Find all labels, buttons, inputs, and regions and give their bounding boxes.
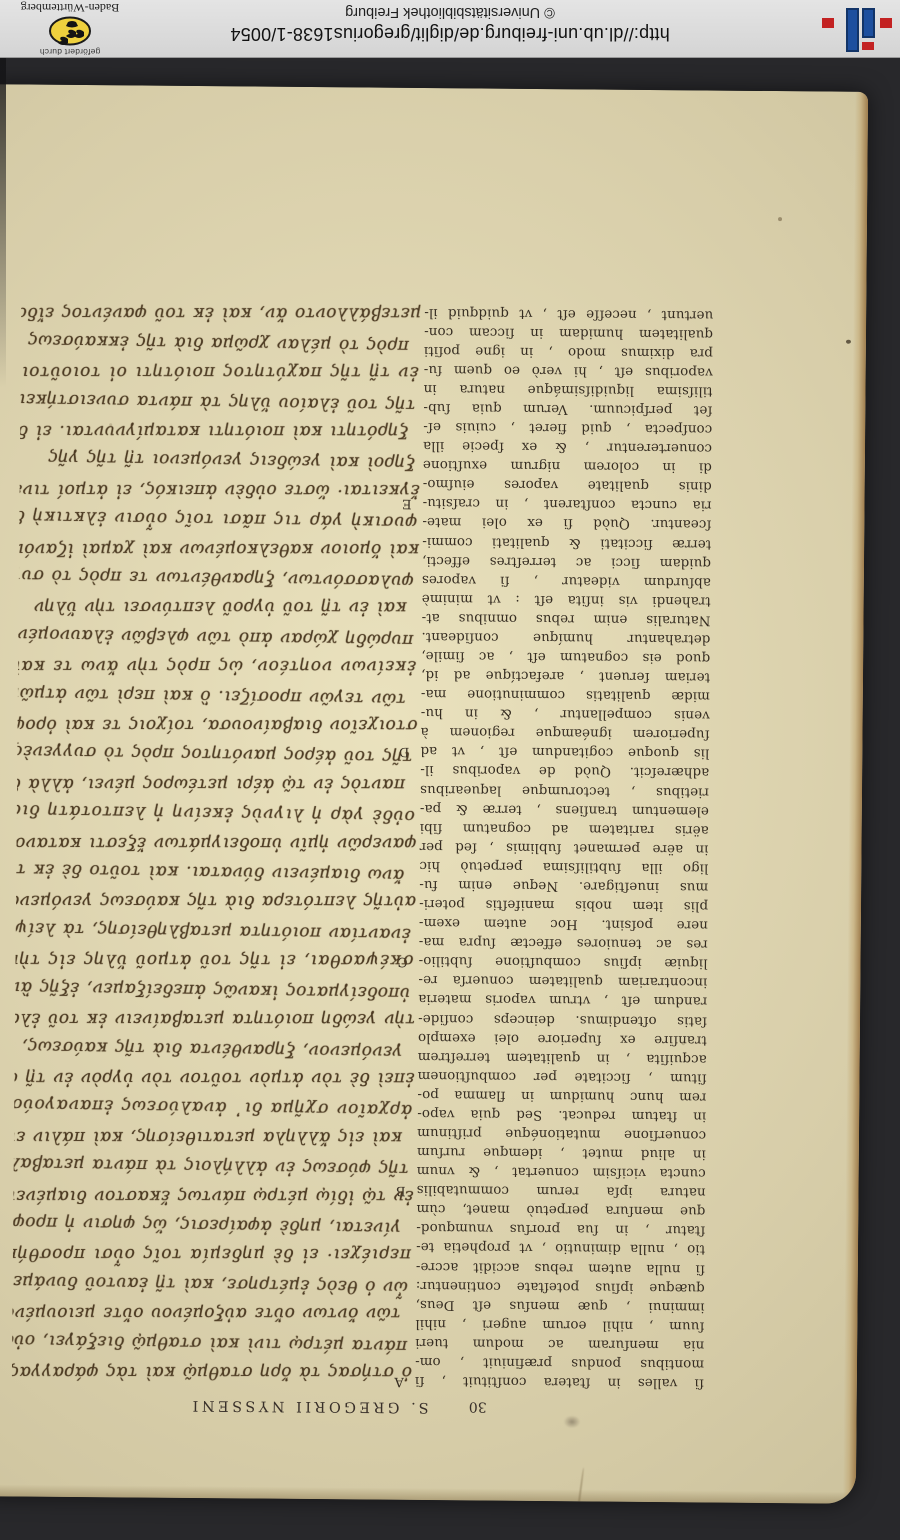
page-content-rotated: 30 S. GREGORII NYSSENI ſi valles in ſtat…: [0, 84, 868, 1504]
logo-blue-bar-short: [862, 8, 875, 38]
latin-text-line: teriam ſeruent , arefactíque ad id,: [421, 665, 710, 687]
greek-manuscript-line: ὧν ὁ θεὸς ἐμέτρησε, καὶ τῇ ἑαυτοῦ δυνάμε…: [13, 1266, 413, 1301]
latin-text-line: trahendi vis inſita eſt : vt minimè: [422, 589, 711, 611]
latin-text-line: lis quoque cogitandum eſt , vt ad: [420, 741, 709, 763]
latin-text-line: midæ qualitatis comminutione ma-: [421, 684, 710, 706]
greek-manuscript-line: ὑποδείγματος ἱκανῶς ἀπεδείξαμεν, ἑξῆς ἂν…: [15, 972, 415, 1007]
greek-manuscript-line: τῶν ὄντων οὔτε αὐξομένου οὔτε μειουμένου…: [12, 1298, 412, 1328]
latin-text-line: Naturalis enim rebus omnibus at-: [421, 608, 710, 630]
greek-manuscript-line: φυλασσόντων, ξηρανθέντων τε πρὸς τὸ συγγ…: [19, 560, 419, 595]
foxing-speck: [778, 217, 782, 221]
latin-text-line: tranſire ex ſuperiore olei exemplo: [418, 1027, 707, 1049]
greek-manuscript-line: ξηροὶ καὶ γεώδεις γενόμενοι τῇ τῆς γῆς: [20, 442, 420, 477]
greek-manuscript-line: ἐν τῇ τῆς παχύτητος ποιότητι οἱ τοιοῦτοι…: [21, 357, 421, 387]
latin-text-line: in aëre permanet ſublimis , ſed per: [419, 837, 708, 859]
latin-text-line: qualitatem humidam in ſiccam con-: [424, 322, 713, 344]
latin-text-line: venis compellantur , & in hu-: [421, 703, 710, 725]
latin-text-line: ſuum , nihil eorum augeri , nihil: [415, 1314, 704, 1336]
page-number: 30: [469, 1398, 487, 1414]
latin-text-line: ſi nulla autem rebus accidit accre-: [416, 1256, 705, 1278]
logo-blue-bar-tall: [846, 8, 859, 52]
logo-red-dash-left: [822, 18, 834, 28]
copyright-line: © Universitätsbibliothek Freiburg: [190, 4, 710, 20]
greek-manuscript-line: φανερῶν ἡμῖν ὑποδειγμάτων ἔξεστι κατανοε…: [17, 827, 417, 857]
funding-note: gefördert durch: [2, 47, 138, 57]
latin-text-line: ligo illa ſubtiliſsima perpetuò hic: [419, 856, 708, 878]
latin-text-line: que menſura perpetuò manet, cùm: [416, 1199, 705, 1221]
latin-text-line: pra diximus modo , in igne poſiti: [424, 341, 713, 363]
latin-text-line: di in colorem nigrum exuſtione: [423, 455, 712, 477]
greek-manuscript-line: αὐτῆς λεπτότερα διὰ τῆς καύσεως γενόμενα: [16, 886, 416, 916]
latin-text-line: cuncta viciſsim conuertat , & vnum: [417, 1161, 706, 1183]
greek-manuscript-line: ξηρότητι καὶ ποιότητι καταμίγνυνται. εἰ …: [20, 416, 420, 446]
greek-manuscript-line: τὴν γεώδη ποιότητα μεταβαίνειν ἐκ τοῦ ἐλ…: [15, 1004, 415, 1034]
latin-text-line: ſatis oſtendimus. deinceps conſide-: [418, 1008, 707, 1030]
greek-manuscript-line: τῆς τοῦ ἐλαίου ὕλης τὰ πάντα συνειστήκει…: [20, 383, 420, 418]
greek-manuscript-line: πάντα μέτρῳ τινὶ καὶ σταθμῷ διεξάγει, οὐ…: [12, 1324, 412, 1359]
latin-text-line: nere poſsint. Hoc autem exem-: [419, 913, 708, 935]
latin-text-line: terræ ſiccitati & qualitati commi-: [422, 531, 711, 553]
latin-text-line: montibus pondus præfiniuit , om-: [415, 1352, 704, 1374]
greek-manuscript-line: καὶ ὅμοιον καθελκομένων καὶ χαμαὶ ἱζανόν…: [19, 533, 419, 563]
greek-manuscript-line: ἄνω διαμένειν δύναται. καὶ τοῦτο δὲ ἐκ τ…: [16, 854, 416, 889]
greek-manuscript-line: παντὸς ἐν τῷ ἀέρι μετέωρος μένει, ἀλλὰ δ…: [17, 768, 417, 798]
latin-text-line: quod eis cognatum eſt , ac ſimile,: [421, 646, 710, 668]
greek-manuscript-line: τῆς τοῦ ἀέρος μανότητος πρὸς τὸ συγγενὲς: [17, 736, 417, 771]
latin-text-line: ſet perſpicuum. Verum quia ſub-: [423, 398, 712, 420]
latin-text-line: incontrariam qualitatem conuerſa re-: [418, 970, 707, 992]
latin-text-line: imminui , quæ menſus eſt Deus,: [415, 1295, 704, 1317]
latin-text-line: ſceantur. Quòd ſi ex olei mate-: [422, 512, 711, 534]
latin-text-line: adhæreſcit. Quòd de vaporibus il-: [420, 760, 709, 782]
logo-red-dash-bottom: [862, 42, 874, 50]
foxing-speck: [846, 340, 851, 344]
ink-stain: [563, 1415, 580, 1428]
latin-text-line: acquiſita , in qualitatem terreſtrem: [418, 1047, 707, 1069]
latin-print-column: ſi valles in ſtatera conſtituit , ſimont…: [415, 303, 713, 1393]
greek-manuscript-line: ἐκείνων νοητέον, ὡς πρὸς τὴν ἄνω τε καὶ: [18, 651, 418, 681]
scanner-background: 30 S. GREGORII NYSSENI ſi valles in ſtat…: [0, 58, 900, 1540]
running-title: S. GREGORII NYSSENI: [189, 1397, 429, 1415]
latin-text-line: natura ipſa rerum commutabilis: [416, 1180, 705, 1202]
funding-lockup: gefördert durch Baden-Württemberg: [2, 1, 138, 57]
latin-text-line: plis item nobis manifeſtis poteri-: [419, 894, 708, 916]
greek-manuscript-line: ἔγκειται· ὥστε οὐδὲν ἀπεικός, εἰ ἀτμοί τ…: [20, 474, 420, 504]
latin-text-line: vaporibus eſt , hi verò eo quem ſu-: [424, 360, 713, 382]
scan-url: http://dl.ub.uni-freiburg.de/diglit/greg…: [190, 23, 710, 44]
latin-text-line: rietibus , tectorumque laquearibus: [420, 779, 709, 801]
latin-text-line: ria cuncta conſtarent , in craſsitu-: [422, 493, 711, 515]
latin-text-line: rem hunc humidum in flamma po-: [417, 1085, 706, 1107]
running-header: 30 S. GREGORII NYSSENI: [0, 1390, 857, 1420]
greek-manuscript-line: ἀρχαῖον σχῆμα δι᾽ ἀναλύσεως ἐπαναγούσης.: [14, 1089, 414, 1124]
logo-red-dash-right: [880, 18, 892, 28]
latin-text-line: liquiæ ipſius combuſtione ſubtilio-: [418, 951, 707, 973]
greek-manuscript-line: καὶ εἰς ἄλληλα μετατιθείσης, καὶ πάλιν ε…: [14, 1121, 414, 1151]
latin-text-line: quidam ſicci ac terreſtres effecti,: [422, 551, 711, 573]
latin-text-line: conuerſione mutationéque priſtinum: [417, 1123, 706, 1145]
latin-text-line: tio , nulla diminutio , vt prophetia te-: [416, 1237, 705, 1259]
latin-text-line: dinis qualitate vapores eiuſmo-: [423, 474, 712, 496]
latin-text-line: nia menſuram ac modum tueri: [415, 1333, 704, 1355]
coat-of-arms-icon: [48, 16, 92, 46]
scan-caption: http://dl.ub.uni-freiburg.de/diglit/greg…: [190, 4, 710, 44]
greek-manuscript-line: περιέχει· εἰ δὲ μηδεμία τοῖς οὖσι προσθή…: [13, 1239, 413, 1269]
greek-manuscript-line: μετεβάλλοντο ἄν, καὶ ἐκ τοῦ φανέντος εἴδ…: [21, 298, 421, 328]
latin-text-line: in ſtatum reducat. Sed quia vapo-: [417, 1104, 706, 1126]
latin-text-line: quæque ipſius poteſtate continentur:: [416, 1275, 705, 1297]
latin-text-line: elementum tranſiens , terræ & pa-: [420, 799, 709, 821]
latin-text-line: randum eſt , vtrum vaporis materia: [418, 989, 707, 1011]
latin-text-line: uertunt , neceſſe eſt , vt quidquid il-: [424, 303, 713, 325]
greek-manuscript-line: ἐπεὶ δὲ τὸν ἀτμὸν τοῦτον τὸν ὑγρὸν ἐν τῇ…: [15, 1063, 415, 1093]
caption-bar: gefördert durch Baden-Württemberg http:/…: [0, 0, 900, 58]
latin-text-line: conſpecta , quid fieret , cuiuis eſ-: [423, 417, 712, 439]
latin-text-line: abſurdum videatur , ſi vapores: [422, 570, 711, 592]
digital-library-scan-view: gefördert durch Baden-Württemberg http:/…: [0, 0, 900, 1540]
greek-manuscript-line: ἐναντίαν ποιότητα μεταβληθείσης, τὰ λείψ…: [16, 913, 416, 948]
greek-manuscript-line: καὶ ἐν τῇ τοῦ ὑγροῦ λεπτύνσει τὴν ὕλην: [19, 592, 419, 622]
latin-text-line: res ac tenuiores effectæ ſupra ma-: [419, 932, 708, 954]
greek-manuscript-line: οὐδὲ γὰρ ἡ λιγνὺς ἐκείνη ἡ λεπτοτάτη διὰ: [17, 795, 417, 830]
greek-manuscript-line: τῶν τεγῶν προσίζει. ὃ καὶ περὶ τῶν ἀτμῶν: [18, 677, 418, 712]
latin-text-line: ſi valles in ſtatera conſtituit , ſi: [415, 1371, 704, 1393]
scanned-book-page: 30 S. GREGORII NYSSENI ſi valles in ſtat…: [0, 84, 868, 1504]
latin-text-line: ſtatur , in ſua prorſus vnumquod-: [416, 1218, 705, 1240]
scan-edge-shadow: [0, 58, 6, 388]
greek-manuscript-line: πρὸς τὸ μέλαν χρῶμα διὰ τῆς ἐκκαύσεως: [21, 325, 421, 360]
greek-manuscript-line: φυσικὴ γάρ τις πᾶσι τοῖς οὖσιν ἑλκτικὴ δ…: [19, 501, 419, 536]
greek-manuscript-line: ἐν τῷ ἰδίῳ μέτρῳ πάντως ἕκαστον διαμένει…: [13, 1180, 413, 1210]
latin-text-line: in aliud mutet , idemque rurſum: [417, 1142, 706, 1164]
ub-freiburg-logo-icon: [820, 0, 894, 58]
latin-text-line: detrahantur humíque conſideant.: [421, 627, 710, 649]
greek-manuscript-line: ὁ στήσας τὰ ὄρη σταθμῷ καὶ τὰς φάραγγας …: [12, 1357, 412, 1387]
greek-manuscript-line: τῆς φύσεως ἐν ἀλλήλοις τὰ πάντα μεταβαλλ…: [14, 1148, 414, 1183]
latin-text-line: ſitum , ſiccitate per combuſtionem: [417, 1066, 706, 1088]
latin-text-line: mus inueſtigare. Neque enim fu-: [419, 875, 708, 897]
funding-region: Baden-Württemberg: [2, 0, 138, 15]
greek-manuscript-line: σκέψασθαι, εἰ τῆς τοῦ ἀτμοῦ ὕλης εἰς τὴν: [16, 945, 416, 975]
latin-text-line: conuerterentur , & ex ſpecie illa: [423, 436, 712, 458]
greek-manuscript-line: πυρώδη χώραν ἀπὸ τῶν φλεβῶν ἐλαυνομένων,: [18, 619, 418, 654]
greek-manuscript-line: γίνεται, μηδὲ ἀφαίρεσις, ὥς φησιν ἡ προφ…: [13, 1207, 413, 1242]
greek-manuscript-line: στοιχεῖον διαβαίνουσα, τοίχοις τε καὶ ὀρ…: [18, 710, 418, 740]
greek-manuscript-column: ὁ στήσας τὰ ὄρη σταθμῷ καὶ τὰς φάραγγας …: [12, 289, 422, 1387]
foxing-speck: [682, 1042, 685, 1045]
latin-text-line: ſuperiorem ignéamque regionem à: [420, 722, 709, 744]
latin-text-line: aëris raritatem ad cognatum ſibi: [420, 818, 709, 840]
foxing-speck: [109, 423, 112, 426]
latin-text-line: tiliſsima liquidiſsimáque natura in: [423, 379, 712, 401]
greek-manuscript-line: γενόμενον, ξηρανθέντα διὰ τῆς καύσεως, ε…: [15, 1030, 415, 1065]
